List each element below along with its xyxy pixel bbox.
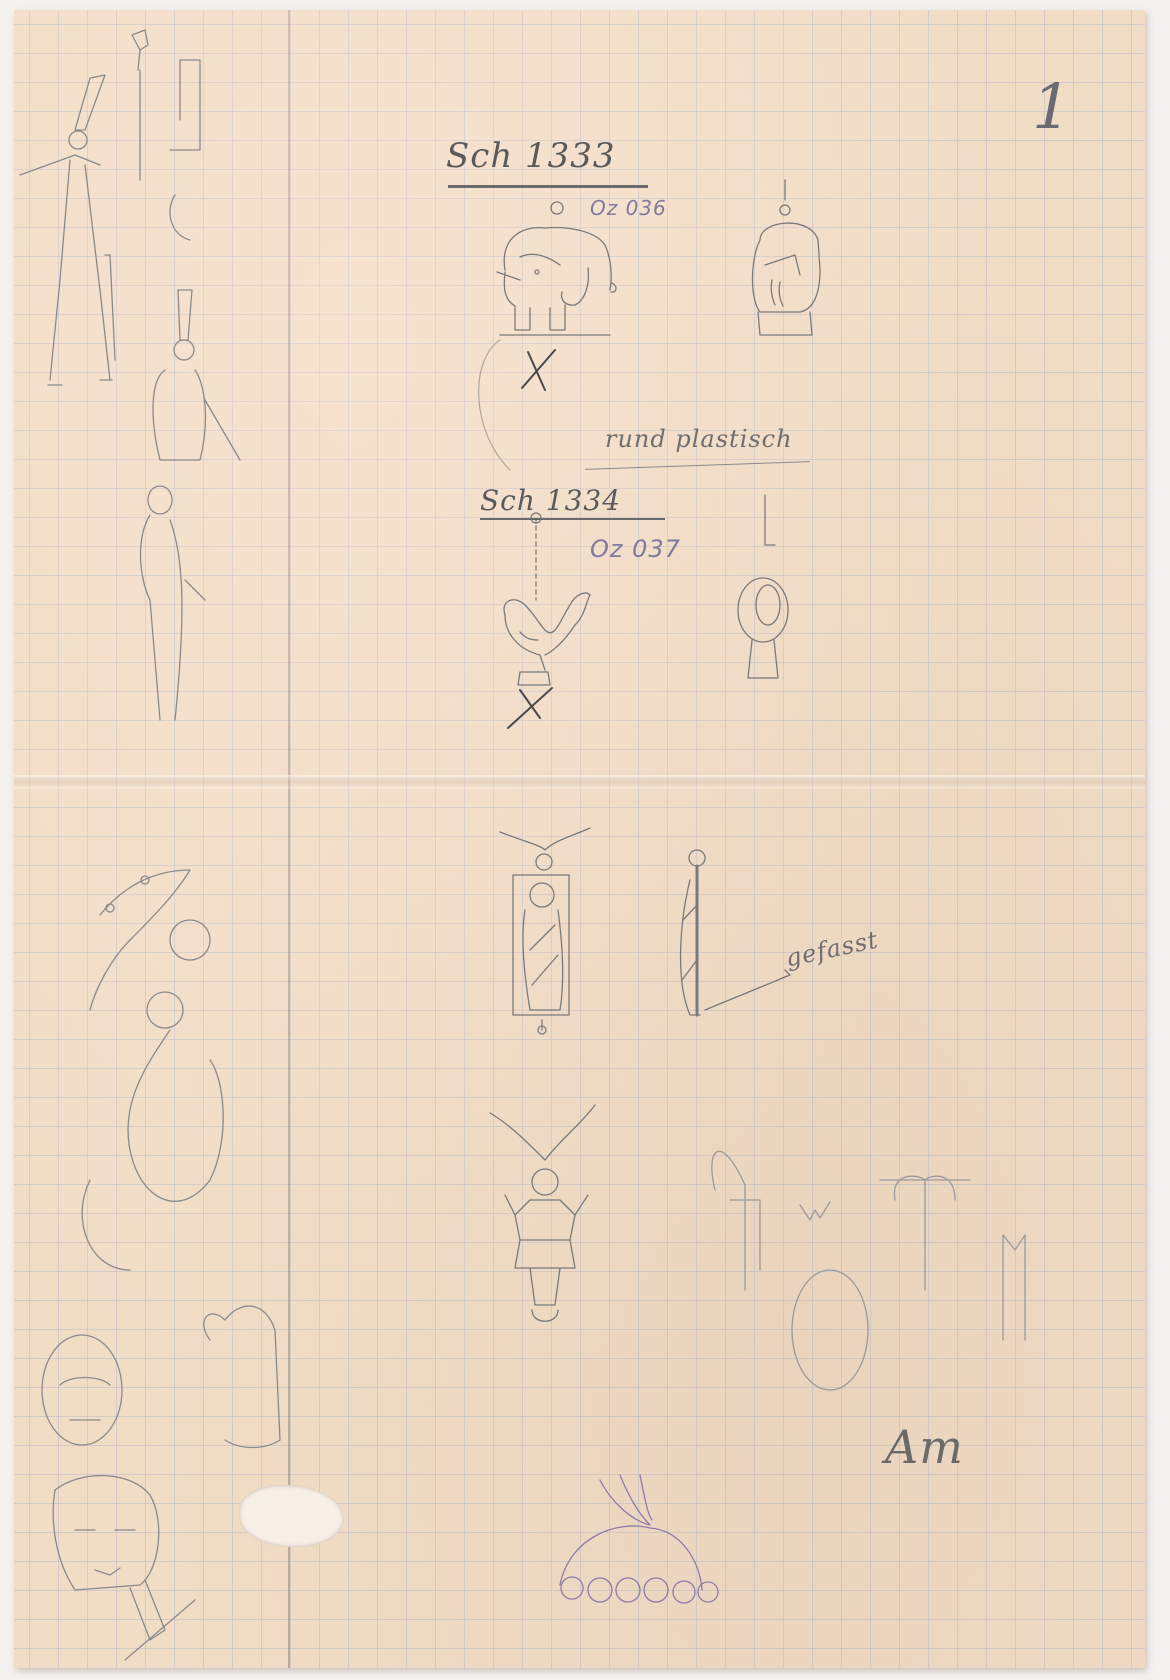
margin-top-hat-figures-icon <box>20 30 240 720</box>
design-code-oz-036: Oz 036 <box>590 196 667 220</box>
elephant-pendant-side-icon <box>753 180 821 335</box>
violet-crown-sketch-icon <box>560 1475 718 1603</box>
design-ref-underline-2 <box>480 518 665 520</box>
pencil-sketches <box>0 0 1170 1680</box>
monogram-studies-icon <box>712 1151 1025 1390</box>
design-code-oz-037: Oz 037 <box>590 535 681 563</box>
design-ref-sch-1333: Sch 1333 <box>446 136 616 176</box>
girl-figure-pendant-icon <box>490 1105 595 1321</box>
pointer-arrow <box>705 970 790 1010</box>
elephant-pendant-front-icon <box>497 202 616 335</box>
page-number: 1 <box>1032 70 1072 143</box>
margin-dragon-faces-icon <box>42 870 280 1448</box>
design-ref-underline-1 <box>448 185 648 188</box>
note-rund-plastisch: rund plastisch <box>605 425 793 453</box>
rooster-pendant-side-icon <box>738 495 788 678</box>
monogram-signature: Am <box>885 1420 964 1474</box>
framed-figure-pendant-front-icon <box>500 828 590 1034</box>
margin-portrait-faces-icon <box>53 1476 195 1660</box>
framed-figure-pendant-side-icon <box>681 850 705 1015</box>
rejection-x-mark-2 <box>508 688 552 728</box>
rooster-pendant-front-icon <box>504 513 590 685</box>
faint-arc <box>479 340 510 470</box>
rejection-x-mark-1 <box>522 350 555 390</box>
design-ref-sch-1334: Sch 1334 <box>480 484 621 517</box>
